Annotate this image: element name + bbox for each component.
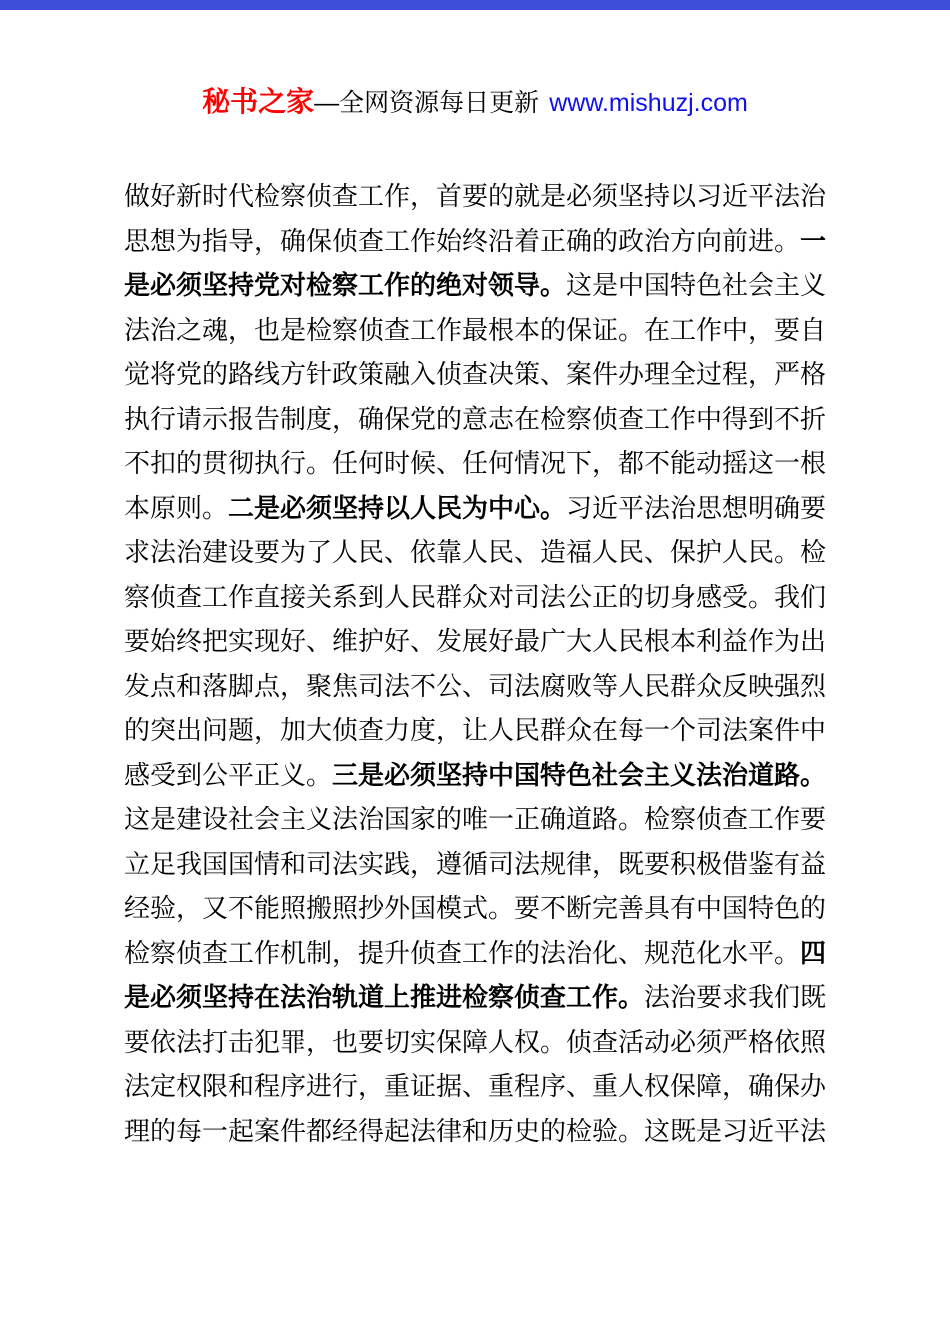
text-segment-bold: 四 bbox=[800, 938, 826, 968]
text-line: 觉将党的路线方针政策融入侦查决策、案件办理全过程，严格 bbox=[124, 352, 836, 397]
text-segment: 法定权限和程序进行，重证据、重程序、重人权保障，确保办 bbox=[124, 1071, 826, 1101]
text-segment: 思想为指导，确保侦查工作始终沿着正确的政治方向前进。 bbox=[124, 226, 800, 256]
text-line: 思想为指导，确保侦查工作始终沿着正确的政治方向前进。一 bbox=[124, 219, 836, 264]
top-border-bar bbox=[0, 0, 950, 10]
site-tagline: —全网资源每日更新 bbox=[314, 89, 539, 117]
text-line: 的突出问题，加大侦查力度，让人民群众在每一个司法案件中 bbox=[124, 708, 836, 753]
text-segment: 发点和落脚点，聚焦司法不公、司法腐败等人民群众反映强烈 bbox=[124, 671, 826, 701]
text-line: 不扣的贯彻执行。任何时候、任何情况下，都不能动摇这一根 bbox=[124, 441, 836, 486]
text-segment-bold: 是必须坚持党对检察工作的绝对领导。 bbox=[124, 270, 566, 300]
document-body: 做好新时代检察侦查工作，首要的就是必须坚持以习近平法治思想为指导，确保侦查工作始… bbox=[124, 174, 836, 1153]
text-segment-bold: 三是必须坚持中国特色社会主义法治道路。 bbox=[332, 760, 826, 790]
text-line: 感受到公平正义。三是必须坚持中国特色社会主义法治道路。 bbox=[124, 753, 836, 798]
text-line: 做好新时代检察侦查工作，首要的就是必须坚持以习近平法治 bbox=[124, 174, 836, 219]
text-segment: 不扣的贯彻执行。任何时候、任何情况下，都不能动摇这一根 bbox=[124, 448, 826, 478]
text-segment: 执行请示报告制度，确保党的意志在检察侦查工作中得到不折 bbox=[124, 404, 826, 434]
text-segment: 习近平法治思想明确要 bbox=[566, 493, 826, 523]
text-segment: 这是建设社会主义法治国家的唯一正确道路。检察侦查工作要 bbox=[124, 804, 826, 834]
text-segment: 本原则。 bbox=[124, 493, 228, 523]
text-line: 求法治建设要为了人民、依靠人民、造福人民、保护人民。检 bbox=[124, 530, 836, 575]
text-line: 这是建设社会主义法治国家的唯一正确道路。检察侦查工作要 bbox=[124, 797, 836, 842]
text-line: 检察侦查工作机制，提升侦查工作的法治化、规范化水平。四 bbox=[124, 931, 836, 976]
text-segment: 法治要求我们既 bbox=[644, 982, 826, 1012]
text-line: 要始终把实现好、维护好、发展好最广大人民根本利益作为出 bbox=[124, 619, 836, 664]
text-segment: 觉将党的路线方针政策融入侦查决策、案件办理全过程，严格 bbox=[124, 359, 826, 389]
text-segment: 要始终把实现好、维护好、发展好最广大人民根本利益作为出 bbox=[124, 626, 826, 656]
text-line: 理的每一起案件都经得起法律和历史的检验。这既是习近平法 bbox=[124, 1109, 836, 1154]
text-segment: 经验，又不能照搬照抄外国模式。要不断完善具有中国特色的 bbox=[124, 893, 826, 923]
site-brand: 秘书之家 bbox=[202, 86, 314, 117]
text-segment: 立足我国国情和司法实践，遵循司法规律，既要积极借鉴有益 bbox=[124, 849, 826, 879]
text-line: 察侦查工作直接关系到人民群众对司法公正的切身感受。我们 bbox=[124, 575, 836, 620]
text-segment: 要依法打击犯罪，也要切实保障人权。侦查活动必须严格依照 bbox=[124, 1027, 826, 1057]
text-segment: 求法治建设要为了人民、依靠人民、造福人民、保护人民。检 bbox=[124, 537, 826, 567]
text-segment-bold: 二是必须坚持以人民为中心。 bbox=[228, 493, 566, 523]
text-line: 是必须坚持在法治轨道上推进检察侦查工作。法治要求我们既 bbox=[124, 975, 836, 1020]
text-line: 法定权限和程序进行，重证据、重程序、重人权保障，确保办 bbox=[124, 1064, 836, 1109]
text-segment: 理的每一起案件都经得起法律和历史的检验。这既是习近平法 bbox=[124, 1116, 826, 1146]
site-url: www.mishuzj.com bbox=[549, 89, 748, 117]
text-line: 是必须坚持党对检察工作的绝对领导。这是中国特色社会主义 bbox=[124, 263, 836, 308]
text-segment: 感受到公平正义。 bbox=[124, 760, 332, 790]
text-segment: 法治之魂，也是检察侦查工作最根本的保证。在工作中，要自 bbox=[124, 315, 826, 345]
text-line: 法治之魂，也是检察侦查工作最根本的保证。在工作中，要自 bbox=[124, 308, 836, 353]
text-line: 执行请示报告制度，确保党的意志在检察侦查工作中得到不折 bbox=[124, 397, 836, 442]
text-segment-bold: 是必须坚持在法治轨道上推进检察侦查工作。 bbox=[124, 982, 644, 1012]
text-segment: 的突出问题，加大侦查力度，让人民群众在每一个司法案件中 bbox=[124, 715, 826, 745]
text-line: 立足我国国情和司法实践，遵循司法规律，既要积极借鉴有益 bbox=[124, 842, 836, 887]
text-line: 要依法打击犯罪，也要切实保障人权。侦查活动必须严格依照 bbox=[124, 1020, 836, 1065]
text-segment: 检察侦查工作机制，提升侦查工作的法治化、规范化水平。 bbox=[124, 938, 800, 968]
text-segment: 这是中国特色社会主义 bbox=[566, 270, 826, 300]
text-segment: 察侦查工作直接关系到人民群众对司法公正的切身感受。我们 bbox=[124, 582, 826, 612]
text-segment: 做好新时代检察侦查工作，首要的就是必须坚持以习近平法治 bbox=[124, 181, 826, 211]
text-line: 本原则。二是必须坚持以人民为中心。习近平法治思想明确要 bbox=[124, 486, 836, 531]
text-line: 经验，又不能照搬照抄外国模式。要不断完善具有中国特色的 bbox=[124, 886, 836, 931]
text-segment-bold: 一 bbox=[800, 226, 826, 256]
text-line: 发点和落脚点，聚焦司法不公、司法腐败等人民群众反映强烈 bbox=[124, 664, 836, 709]
site-header: 秘书之家—全网资源每日更新www.mishuzj.com bbox=[0, 85, 950, 120]
